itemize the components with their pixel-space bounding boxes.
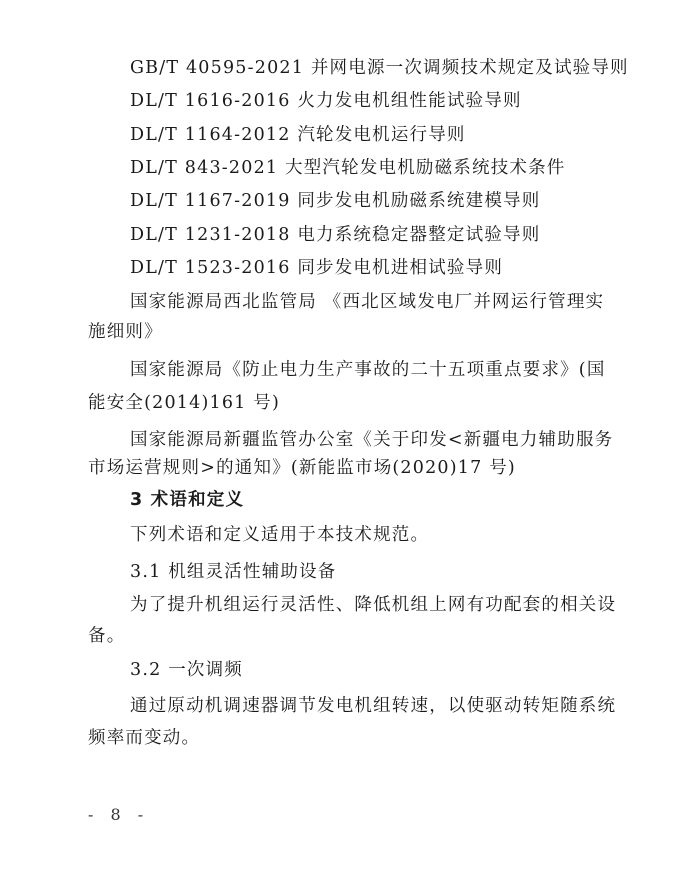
reference-paragraph-line: 施细则》 (88, 321, 163, 343)
page-number: - 8 - (88, 805, 149, 824)
reference-item: DL/T 1523-2016 同步发电机进相试验导则 (130, 257, 503, 279)
reference-item: DL/T 1164-2012 汽轮发电机运行导则 (130, 124, 466, 146)
subsection-heading: 3.1 机组灵活性辅助设备 (130, 561, 337, 583)
reference-paragraph-line: 市场运营规则>的通知》(新能监市场(2020)17 号) (88, 457, 516, 479)
reference-paragraph-line: 国家能源局西北监管局 《西北区域发电厂并网运行管理实 (130, 291, 604, 313)
reference-paragraph-line: 能安全(2014)161 号) (88, 392, 280, 414)
reference-paragraph-line: 国家能源局新疆监管办公室《关于印发<新疆电力辅助服务 (130, 429, 613, 451)
reference-item: DL/T 1231-2018 电力系统稳定器整定试验导则 (130, 224, 540, 246)
definition-line: 通过原动机调速器调节发电机组转速，以使驱动转矩随系统 (130, 695, 616, 717)
definition-line: 为了提升机组运行灵活性、降低机组上网有功配套的相关设 (130, 594, 616, 616)
definition-line: 备。 (88, 625, 125, 647)
reference-paragraph-line: 国家能源局《防止电力生产事故的二十五项重点要求》(国 (130, 359, 606, 381)
section-heading: 3 术语和定义 (130, 489, 244, 511)
subsection-heading: 3.2 一次调频 (130, 659, 243, 681)
reference-item: DL/T 843-2021 大型汽轮发电机励磁系统技术条件 (130, 157, 566, 179)
reference-item: DL/T 1616-2016 火力发电机组性能试验导则 (130, 90, 522, 112)
definition-line: 频率而变动。 (88, 727, 200, 749)
reference-item: DL/T 1167-2019 同步发电机励磁系统建模导则 (130, 190, 540, 212)
reference-item: GB/T 40595-2021 并网电源一次调频技术规定及试验导则 (130, 57, 629, 79)
section-intro: 下列术语和定义适用于本技术规范。 (130, 524, 429, 546)
